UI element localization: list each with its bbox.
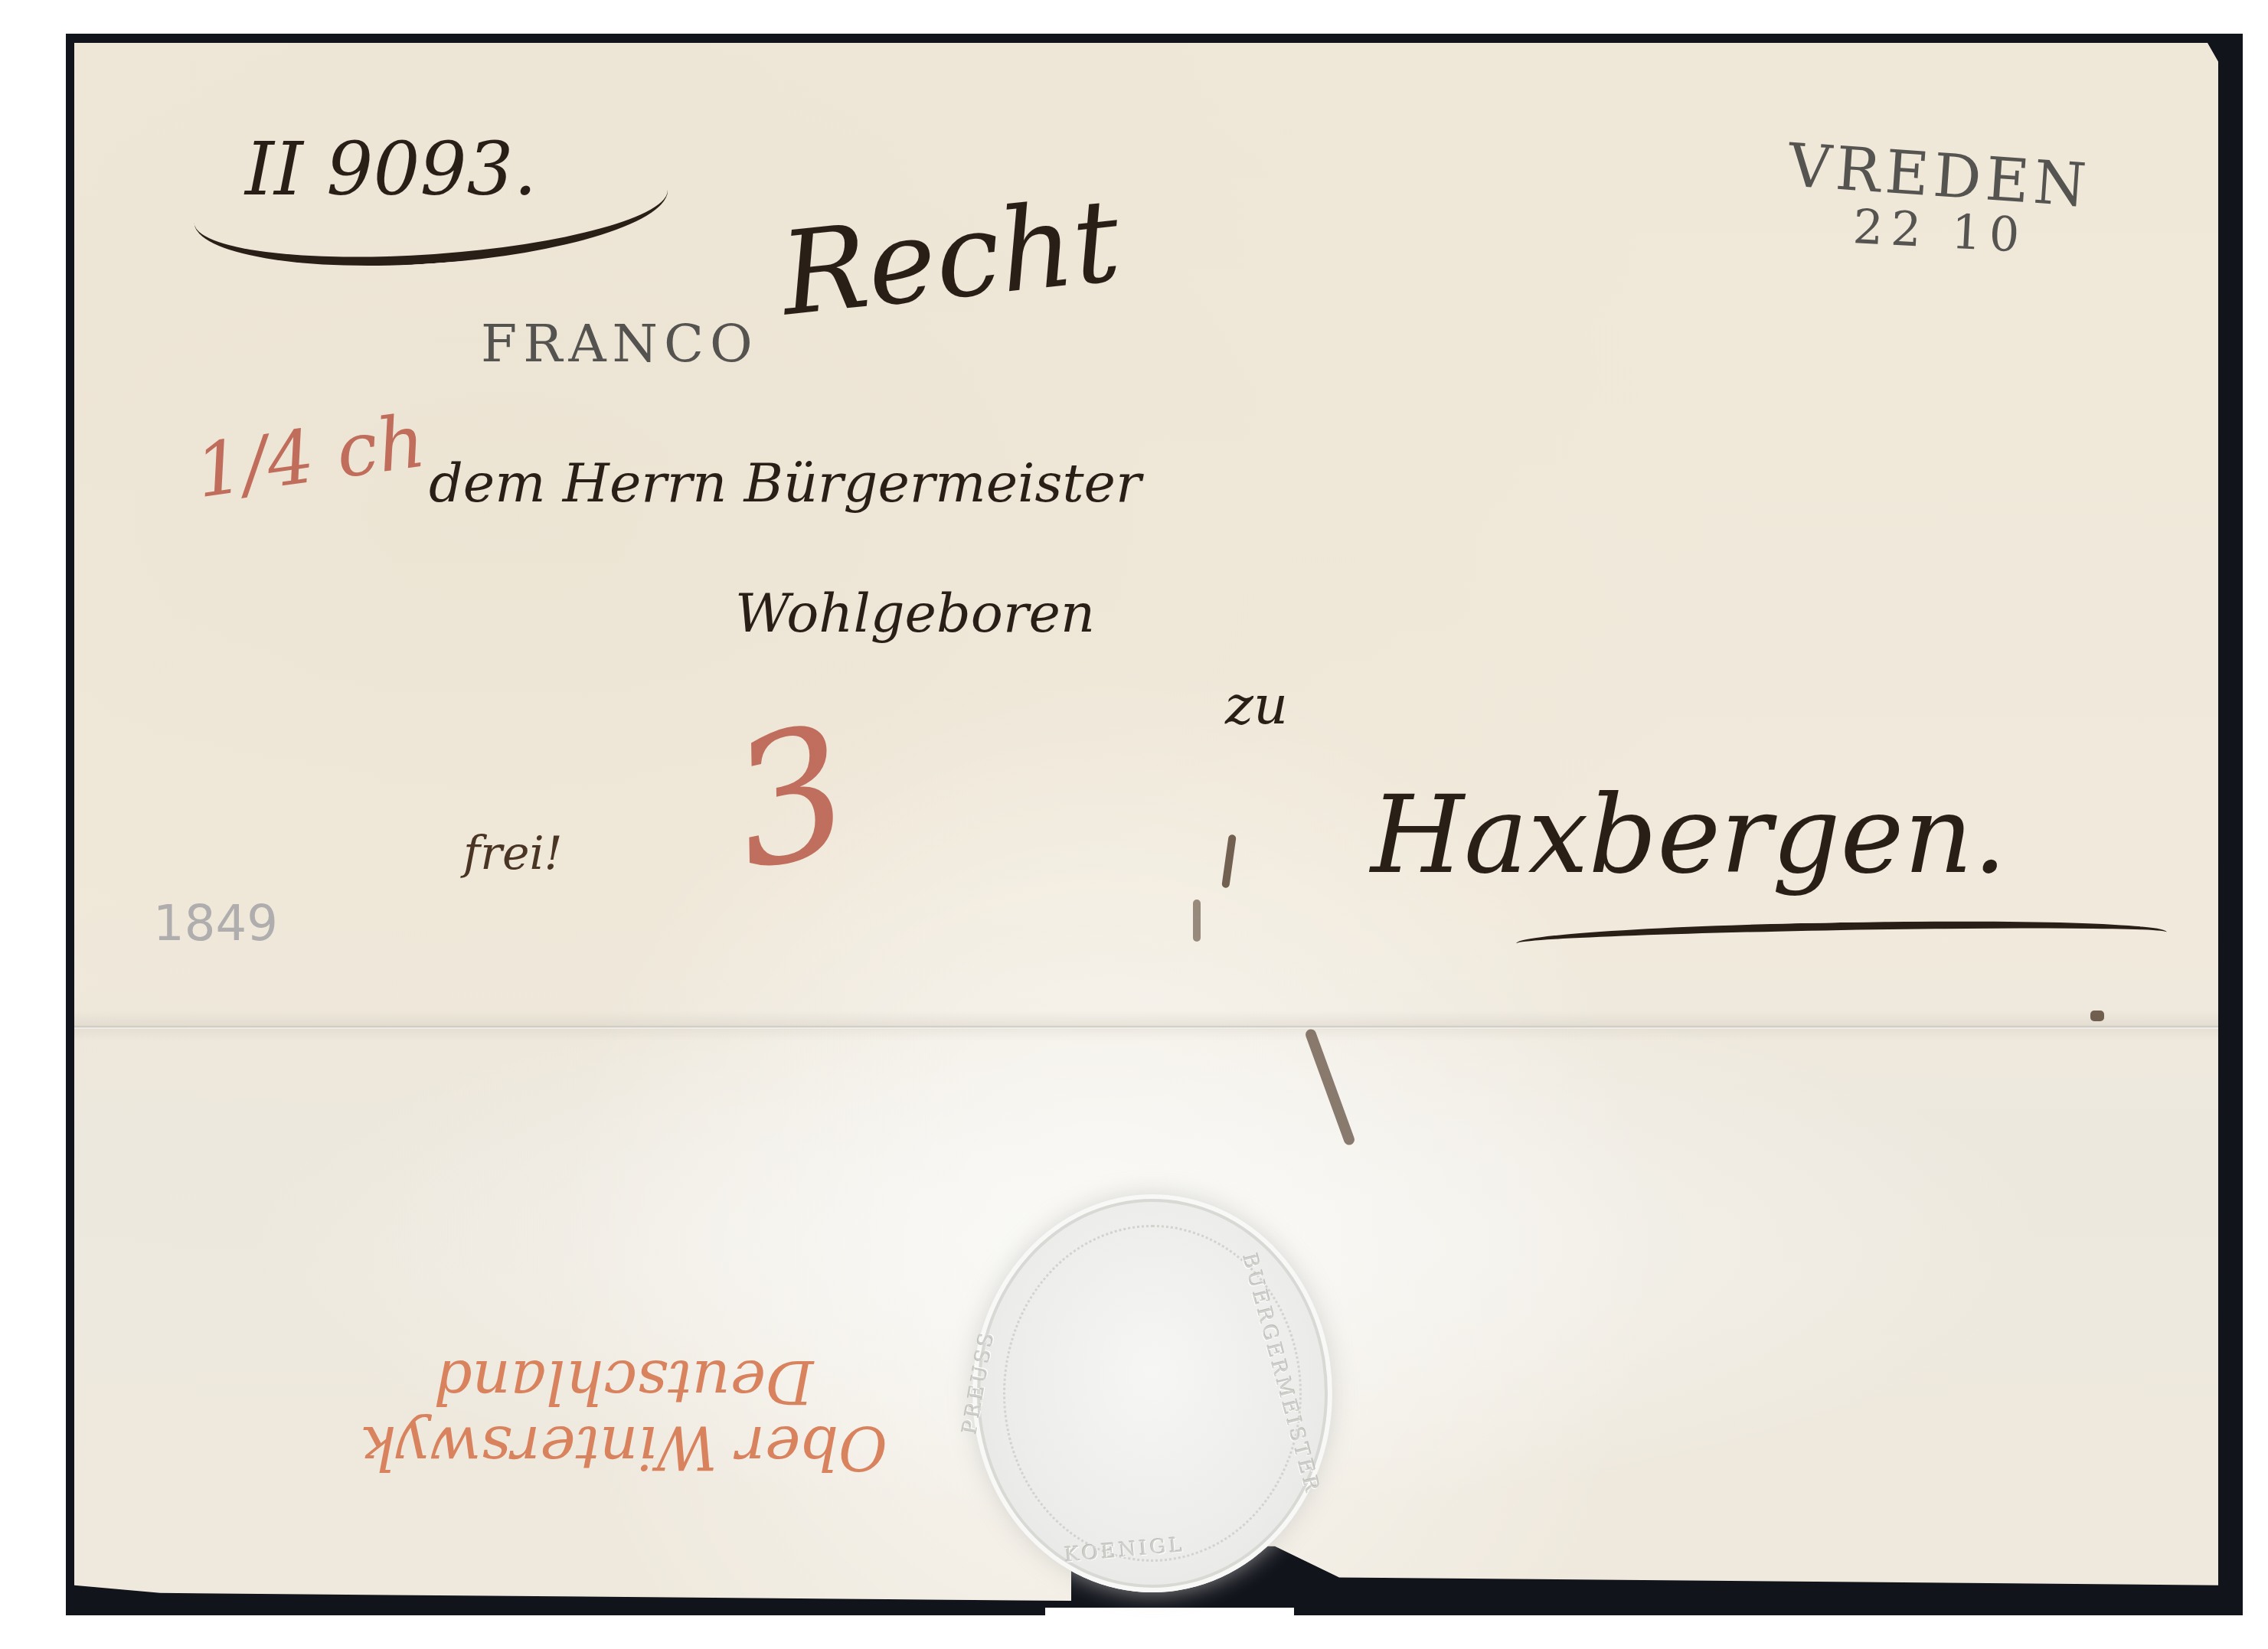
date-handstamp: 22 10	[1851, 198, 2028, 263]
embossed-seal: PREUSS BUERGERMEISTER KOENIGL	[972, 1194, 1332, 1592]
franco-handstamp: FRANCO	[481, 314, 759, 374]
ink-dot	[2090, 1011, 2104, 1021]
ink-note: frei!	[463, 827, 563, 880]
fold-line	[74, 1026, 2218, 1029]
address-line-1: dem Herrn Bürgermeister	[429, 452, 1141, 514]
transit-line-1: Deutschland	[360, 1347, 887, 1413]
transit-line-2: Ober Winterswyk	[360, 1413, 887, 1479]
transit-marking: Ober Winterswyk Deutschland	[360, 1347, 887, 1479]
pencil-year: 1849	[153, 896, 278, 952]
address-line-3: zu	[1225, 674, 1288, 736]
ink-stroke	[1193, 900, 1201, 942]
address-line-2: Wohlgeboren	[735, 582, 1095, 645]
address-city: Haxbergen.	[1371, 773, 2007, 898]
backing-notch	[1045, 1608, 1294, 1649]
